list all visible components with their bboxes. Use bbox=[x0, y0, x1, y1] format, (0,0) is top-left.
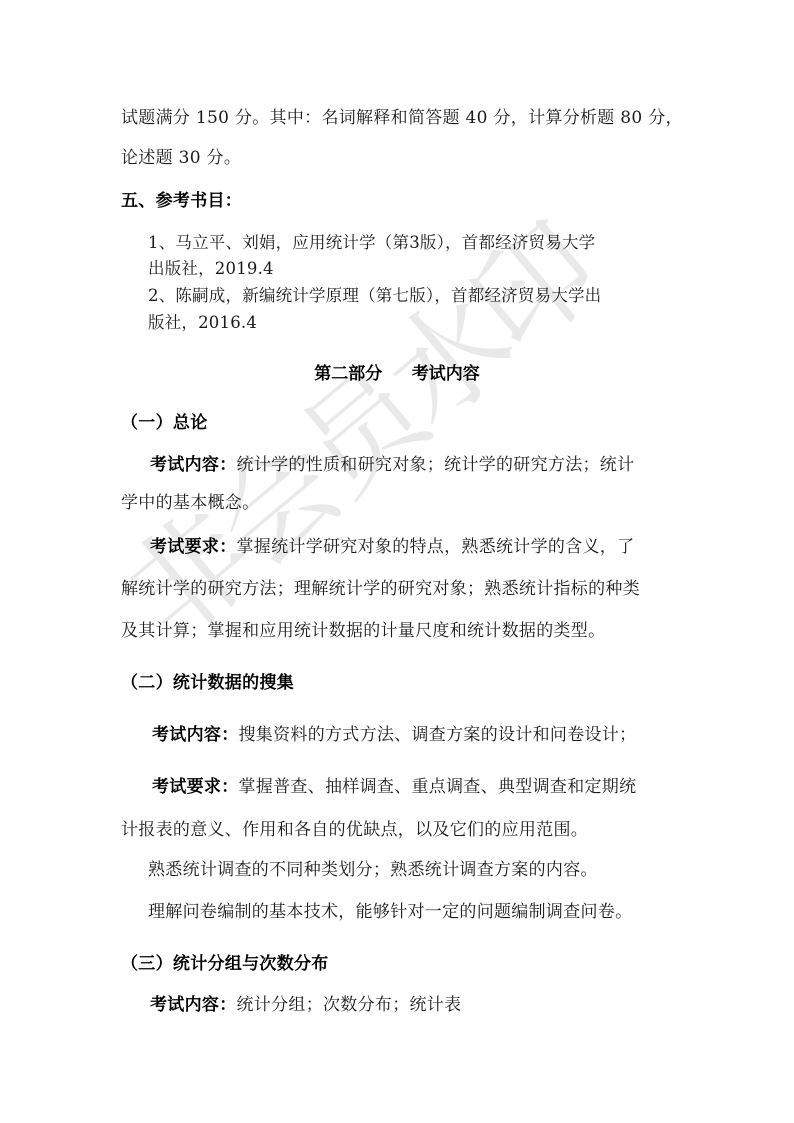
section-3-content-line-1: 考试内容：统计分组；次数分布；统计表 bbox=[150, 994, 461, 1016]
content-text: 统计学的性质和研究对象；统计学的研究方法；统计 bbox=[237, 455, 635, 475]
content-label: 考试内容： bbox=[150, 995, 237, 1015]
part-title: 第二部分 考试内容 bbox=[0, 359, 794, 384]
section-1-requirement-line-3: 及其计算；掌握和应用统计数据的计量尺度和统计数据的类型。 bbox=[121, 620, 605, 642]
reference-2-line-1: 2、陈嗣成，新编统计学原理（第七版），首都经济贸易大学出 bbox=[148, 285, 601, 307]
reference-2-line-2: 版社，2016.4 bbox=[148, 312, 257, 334]
section-1-heading: （一）总论 bbox=[121, 412, 208, 434]
section-2-content-line-1: 考试内容：搜集资料的方式方法、调查方案的设计和问卷设计； bbox=[152, 724, 636, 746]
section-2-requirement-line-1: 考试要求：掌握普查、抽样调查、重点调查、典型调查和定期统 bbox=[152, 776, 636, 798]
references-heading: 五、参考书目： bbox=[121, 190, 242, 212]
content-text: 搜集资料的方式方法、调查方案的设计和问卷设计； bbox=[239, 725, 637, 745]
content-label: 考试内容： bbox=[152, 725, 239, 745]
section-1-content-line-2: 学中的基本概念。 bbox=[121, 492, 259, 514]
requirement-text: 掌握普查、抽样调查、重点调查、典型调查和定期统 bbox=[239, 777, 637, 797]
document-page: 非会员水印 试题满分 150 分。其中：名词解释和简答题 40 分，计算分析题 … bbox=[0, 0, 794, 1123]
section-1-requirement-line-1: 考试要求：掌握统计学研究对象的特点，熟悉统计学的含义，了 bbox=[150, 536, 634, 558]
content-text: 统计分组；次数分布；统计表 bbox=[237, 995, 462, 1015]
content-label: 考试内容： bbox=[150, 455, 237, 475]
section-2-extra-line-2: 理解问卷编制的基本技术，能够针对一定的问题编制调查问卷。 bbox=[148, 901, 632, 923]
score-description-line-1: 试题满分 150 分。其中：名词解释和简答题 40 分，计算分析题 80 分， bbox=[121, 107, 683, 129]
section-2-extra-line-1: 熟悉统计调查的不同种类划分；熟悉统计调查方案的内容。 bbox=[148, 859, 598, 881]
requirement-text: 掌握统计学研究对象的特点，熟悉统计学的含义，了 bbox=[237, 537, 635, 557]
reference-1-line-2: 出版社，2019.4 bbox=[148, 258, 274, 280]
requirement-label: 考试要求： bbox=[152, 777, 239, 797]
section-3-heading: （三）统计分组与次数分布 bbox=[121, 953, 329, 975]
section-1-content-line-1: 考试内容：统计学的性质和研究对象；统计学的研究方法；统计 bbox=[150, 454, 634, 476]
section-2-requirement-line-2: 计报表的意义、作用和各自的优缺点，以及它们的应用范围。 bbox=[121, 819, 588, 841]
reference-1-line-1: 1、马立平、刘娟，应用统计学（第3版），首都经济贸易大学 bbox=[148, 232, 595, 254]
requirement-label: 考试要求： bbox=[150, 537, 237, 557]
score-description-line-2: 论述题 30 分。 bbox=[121, 147, 241, 169]
section-1-requirement-line-2: 解统计学的研究方法；理解统计学的研究对象；熟悉统计指标的种类 bbox=[121, 578, 640, 600]
section-2-heading: （二）统计数据的搜集 bbox=[121, 672, 294, 694]
